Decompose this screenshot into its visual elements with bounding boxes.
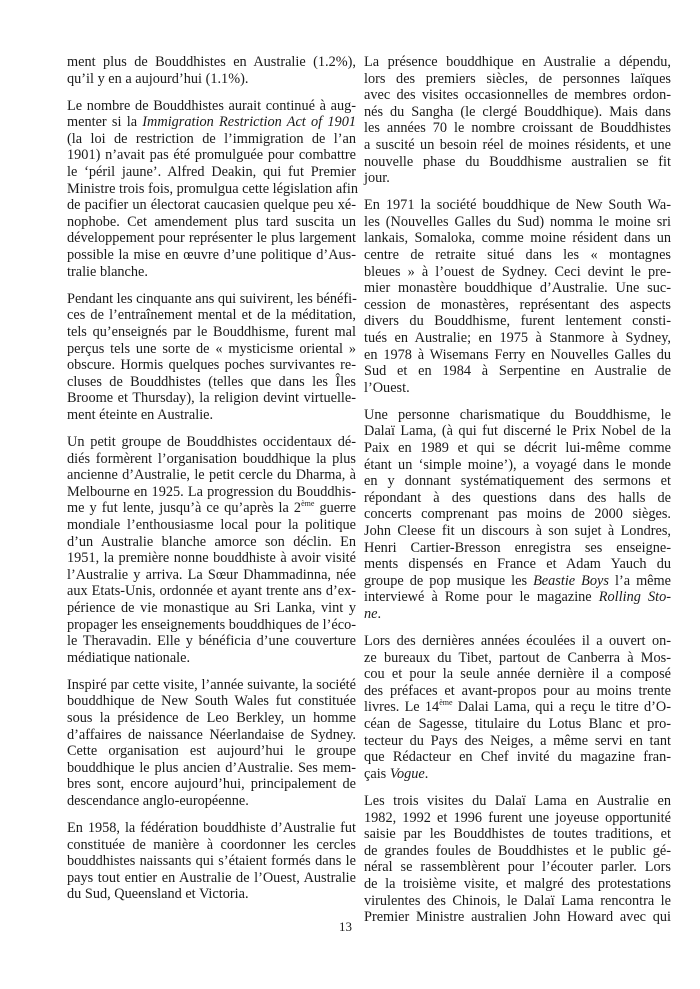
text-line: ment plus de Bouddhistes en Australie (1… [67, 54, 356, 71]
text-line: possible la mise en œuvre d’une politiqu… [67, 247, 356, 264]
text-line: propager les enseignements bouddhiques d… [67, 617, 356, 634]
text-line: En 1971 la société bouddhique de New Sou… [364, 197, 671, 214]
paragraph: En 1958, la fédération bouddhiste d’Aust… [67, 820, 356, 903]
text-line: en y donnant systématiquement des sermon… [364, 473, 671, 490]
text-line: bouddhistes naissants qui s’étaient form… [67, 853, 356, 870]
text-line: bleues » à l’ouest de Sydney. Ceci devin… [364, 264, 671, 281]
text-line: Ministre trois fois, promulgua cette lég… [67, 181, 356, 198]
text-line: étant un ‘simple moine’), a voyagé dans … [364, 457, 671, 474]
text-line: Le nombre de Bouddhistes aurait continué… [67, 98, 356, 115]
text-line: ne. [364, 606, 671, 623]
paragraph: Inspiré par cette visite, l’année suivan… [67, 677, 356, 810]
text-line: tels qu’enseignés par le Bouddhisme, fur… [67, 324, 356, 341]
superscript: ème [439, 698, 452, 707]
text-line: nophobe. Cet amendement plus tard suscit… [67, 214, 356, 231]
paragraph: Les trois visites du Dalaï Lama en Austr… [364, 793, 671, 926]
italic-text: Rolling Sto- [599, 589, 671, 605]
text-line: l’Ouest. [364, 380, 671, 397]
text-line: livres. Le 14ème Dalai Lama, qui a reçu … [364, 699, 671, 716]
text-line: médiatique nationale. [67, 650, 356, 667]
text-line: 1951, la première nonne bouddhiste à avo… [67, 550, 356, 567]
text-line: l’Australie y arriva. La Sœur Dhammadinn… [67, 567, 356, 584]
text-line: descendance anglo-européenne. [67, 793, 356, 810]
text-line: perçus tels une sorte de « mysticisme or… [67, 341, 356, 358]
text-line: menter si la Immigration Restriction Act… [67, 114, 356, 131]
text-line: diés formèrent l’organisation bouddhique… [67, 451, 356, 468]
text-line: çais Vogue. [364, 766, 671, 783]
text-line: virulentes des Chinois, le Dalaï Lama re… [364, 893, 671, 910]
text-line: cou et pour la seule année dernière il a… [364, 666, 671, 683]
text-line: centre de retraite situé dans les « mont… [364, 247, 671, 264]
paragraph: Lors des dernières années écoulées il a … [364, 633, 671, 782]
text-line: tralie blanche. [67, 264, 356, 281]
text-line: bouddhique le plus ancien d’Australie. S… [67, 760, 356, 777]
text-line: du Sud, Queensland et Victoria. [67, 886, 356, 903]
text-line: La présence bouddhique en Australie a dé… [364, 54, 671, 71]
text-line: d’affaires de naissance Néerlandaise de … [67, 727, 356, 744]
left-column: ment plus de Bouddhistes en Australie (1… [67, 54, 356, 914]
text-line: ancienne d’Australie, le petit cercle du… [67, 467, 356, 484]
text-line: bouddhique de New South Wales fut consti… [67, 693, 356, 710]
text-line: le Theravadin. Elle y bénéficia d’une co… [67, 633, 356, 650]
text-line: Une personne charismatique du Bouddhisme… [364, 407, 671, 424]
text-line: céan de Sagesse, titulaire du Lotus Blan… [364, 716, 671, 733]
text-line: Inspiré par cette visite, l’année suivan… [67, 677, 356, 694]
text-line: bres sont, encore aujourd’hui, principal… [67, 776, 356, 793]
text-line: nés du Sangha (le clergé Bouddhique). Ma… [364, 104, 671, 121]
text-line: aux Etats-Unis, ordonnée et ayant trente… [67, 583, 356, 600]
text-line: que Rédacteur en Chef invité du magazine… [364, 749, 671, 766]
text-line: Un petit groupe de Bouddhistes occidenta… [67, 434, 356, 451]
text-line: lankais, Somaloka, comme moine résident … [364, 230, 671, 247]
text-line: concerts comprenant pas moins de 2000 si… [364, 506, 671, 523]
text-line: ments dispensés en France et Adam Yauch … [364, 556, 671, 573]
text-line: groupe de pop musique les Beastie Boys l… [364, 573, 671, 590]
text-line: En 1958, la fédération bouddhiste d’Aust… [67, 820, 356, 837]
text-line: les années 70 le nombre croissant de Bou… [364, 120, 671, 137]
text-line: tecteur du Pays des Neiges, a même servi… [364, 733, 671, 750]
text-line: mier monastère bouddhique d’Australie. U… [364, 280, 671, 297]
text-line: (la loi de restriction de l’immigration … [67, 131, 356, 148]
text-line: développement pour représenter le plus l… [67, 230, 356, 247]
text-line: Melbourne en 1925. La progression du Bou… [67, 484, 356, 501]
text-line: constituée de manière à coordonner les c… [67, 837, 356, 854]
text-line: de grandes foules de Bouddhistes et le p… [364, 843, 671, 860]
text-line: ces de l’entraînement mental et de la mé… [67, 307, 356, 324]
text-line: de pacifier un électorat caucasien quelq… [67, 197, 356, 214]
text-line: mondiale l’enthousiasme local pour la po… [67, 517, 356, 534]
paragraph: Pendant les cinquante ans qui suivirent,… [67, 291, 356, 424]
text-line: pays tout entier en Australie de l’Ouest… [67, 870, 356, 887]
text-line: ment éteinte en Australie. [67, 407, 356, 424]
text-line: des préfaces et avant-propos pour au moi… [364, 683, 671, 700]
text-line: lors des premiers siècles, de personnes … [364, 71, 671, 88]
text-line: obscure. Hormis quelques poches survivan… [67, 357, 356, 374]
text-line: Paix en 1989 et qui se décrit lui-même c… [364, 440, 671, 457]
text-line: jour. [364, 170, 671, 187]
italic-text: Beastie Boys [533, 573, 609, 589]
text-line: me y fut lente, jusqu’à ce qu’après la 2… [67, 500, 356, 517]
right-column: La présence bouddhique en Australie a dé… [364, 54, 671, 936]
paragraph: Un petit groupe de Bouddhistes occidenta… [67, 434, 356, 666]
text-line: Les trois visites du Dalaï Lama en Austr… [364, 793, 671, 810]
paragraph: En 1971 la société bouddhique de New Sou… [364, 197, 671, 396]
text-line: en 1978 à Wisemans Ferry en Nouvelles Ga… [364, 347, 671, 364]
text-line: saisie par les Bouddhistes de toutes tra… [364, 826, 671, 843]
text-line: ze bureaux du Tibet, partout de Canberra… [364, 650, 671, 667]
superscript: ème [301, 499, 314, 508]
text-line: avec des visites occasionnelles de membr… [364, 87, 671, 104]
text-line: Henri Cartier-Bresson enregistra ses ens… [364, 540, 671, 557]
text-line: nouvelle phase du Bouddhisme australien … [364, 154, 671, 171]
text-line: de la troisième visite, et malgré des pr… [364, 876, 671, 893]
text-line: 1982, 1992 et 1996 furent une joyeuse op… [364, 810, 671, 827]
page-number: 13 [339, 919, 352, 935]
text-line: Sud et en 1984 à Serpentine en Australie… [364, 363, 671, 380]
text-line: interviewé à Rome pour le magazine Rolli… [364, 589, 671, 606]
paragraph: Une personne charismatique du Bouddhisme… [364, 407, 671, 623]
paragraph: Le nombre de Bouddhistes aurait continué… [67, 98, 356, 281]
paragraph: ment plus de Bouddhistes en Australie (1… [67, 54, 356, 87]
text-line: Lors des dernières années écoulées il a … [364, 633, 671, 650]
text-line: Cette organisation est aujourd’hui le gr… [67, 743, 356, 760]
text-line: John Cleese fit un discours à son sujet … [364, 523, 671, 540]
text-line: sous la présidence de Leo Berkley, un ho… [67, 710, 356, 727]
text-line: néral se rassemblèrent pour l’écouter pa… [364, 859, 671, 876]
text-line: cluses de Bouddhistes (telles que dans l… [67, 374, 356, 391]
text-line: Dalaï Lama, (à qui fut discerné le Prix … [364, 423, 671, 440]
text-line: Pendant les cinquante ans qui suivirent,… [67, 291, 356, 308]
text-line: le ‘péril jaune’. Alfred Deakin, qui fut… [67, 164, 356, 181]
text-line: 1901) n’avait pas été promulguée pour co… [67, 147, 356, 164]
text-line: Premier Ministre australien John Howard … [364, 909, 671, 926]
paragraph: La présence bouddhique en Australie a dé… [364, 54, 671, 187]
italic-text: Vogue [390, 766, 425, 782]
text-line: qu’il y en a aujourd’hui (1.1%). [67, 71, 356, 88]
text-line: a suscité un besoin réel de moines résid… [364, 137, 671, 154]
text-line: divers du Bouddhisme, furent lentement c… [364, 313, 671, 330]
text-line: Broome et Thursday), la religion devint … [67, 390, 356, 407]
text-line: d’un Australie blanche amorce son déclin… [67, 534, 356, 551]
text-line: périence de vie monastique au Sri Lanka,… [67, 600, 356, 617]
italic-text: Immigration Restriction Act of 1901 [142, 114, 356, 130]
text-line: tués en Australie; en 1975 à Stanmore à … [364, 330, 671, 347]
italic-text: ne [364, 606, 378, 622]
text-line: cession de monastères, représentant des … [364, 297, 671, 314]
text-line: les (Nouvelles Galles du Sud) nomma le m… [364, 214, 671, 231]
text-line: répondant à des questions dans des halls… [364, 490, 671, 507]
